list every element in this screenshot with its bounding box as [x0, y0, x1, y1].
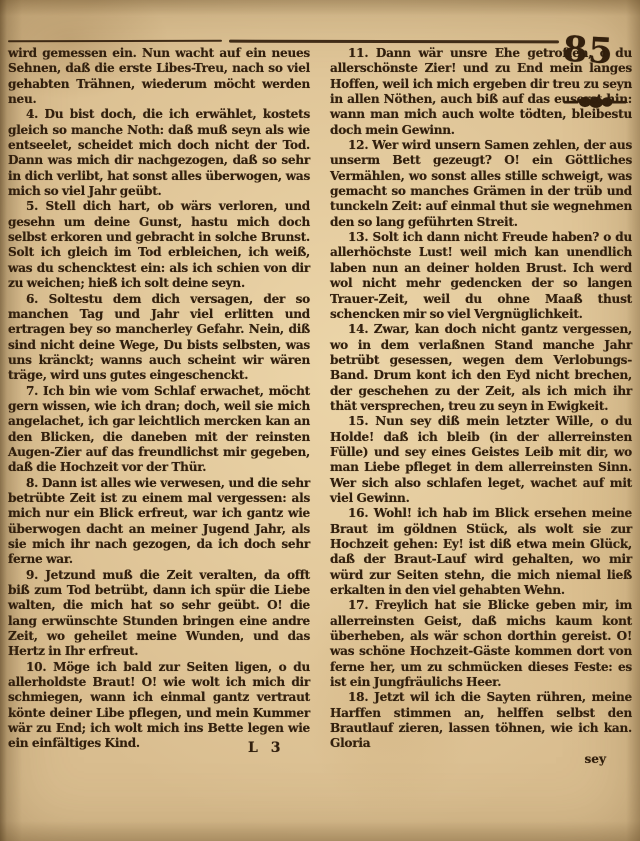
verse-paragraph: 15. Nun sey diß mein letzter Wille, o du…: [330, 414, 632, 506]
verse-paragraph: 11. Dann wär unsre Ehe getroffen, o du a…: [330, 46, 632, 138]
header-rule-segment: [229, 40, 559, 43]
verse-paragraph: 17. Freylich hat sie Blicke geben mir, i…: [330, 598, 632, 690]
verse-paragraph: 6. Soltestu dem dich versagen, der so ma…: [8, 292, 310, 384]
header-rule: [8, 40, 558, 43]
header-rule-segment: [8, 40, 222, 43]
catchword: sey: [330, 752, 632, 767]
right-column: 11. Dann wär unsre Ehe getroffen, o du a…: [330, 46, 632, 767]
text-columns: wird gemessen ein. Nun wacht auf ein neu…: [8, 46, 632, 767]
verse-paragraph: 14. Zwar, kan doch nicht gantz vergessen…: [330, 322, 632, 414]
verse-paragraph: 5. Stell dich hart, ob wärs verloren, un…: [8, 199, 310, 291]
verse-paragraph: 18. Jetzt wil ich die Sayten rühren, mei…: [330, 690, 632, 751]
signature-mark: L 3: [248, 740, 284, 756]
verse-paragraph: wird gemessen ein. Nun wacht auf ein neu…: [8, 46, 310, 107]
verse-paragraph: 4. Du bist doch, die ich erwählet, koste…: [8, 107, 310, 199]
verse-paragraph: 12. Wer wird unsern Samen zehlen, der au…: [330, 138, 632, 230]
verse-paragraph: 16. Wohl! ich hab im Blick ersehen meine…: [330, 506, 632, 598]
book-page-scan: 85 wird gemessen ein. Nun wacht auf ein …: [0, 0, 640, 841]
verse-paragraph: 7. Ich bin wie vom Schlaf erwachet, möch…: [8, 384, 310, 476]
right-column-verses: 11. Dann wär unsre Ehe getroffen, o du a…: [330, 46, 632, 752]
left-column: wird gemessen ein. Nun wacht auf ein neu…: [8, 46, 310, 767]
verse-paragraph: 9. Jetzund muß die Zeit veralten, da off…: [8, 568, 310, 660]
verse-paragraph: 8. Dann ist alles wie verwesen, und die …: [8, 476, 310, 568]
verse-paragraph: 10. Möge ich bald zur Seiten ligen, o du…: [8, 660, 310, 752]
verse-paragraph: 13. Solt ich dann nicht Freude haben? o …: [330, 230, 632, 322]
